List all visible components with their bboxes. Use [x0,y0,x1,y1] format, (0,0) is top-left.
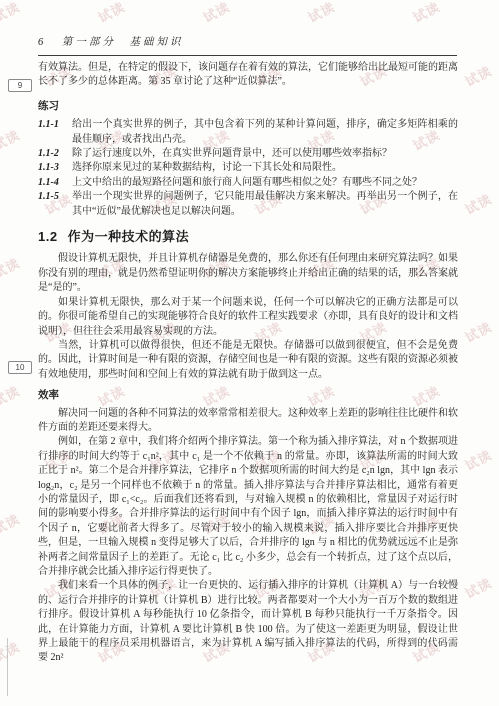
exercise-text: 给出一个真实世界的例子，其中包含着下列的某种计算问题，排序，确定多矩阵相乘的最佳… [72,118,458,147]
watermark-text: 试读 [0,0,23,26]
watermark-text: 试读 [0,637,23,667]
efficiency-heading: 效率 [38,388,458,402]
exercise-item: 1.1-5 举出一个现实世界的问题例子，它只能用最佳解决方案来解决。再举出另一个… [38,190,458,219]
section-title: 作为一种技术的算法 [68,229,190,244]
watermark-text: 试读 [0,253,23,283]
exercise-id: 1.1-2 [38,147,72,161]
watermark-text: 试读 [304,0,338,26]
exercise-text: 举出一个现实世界的问题例子，它只能用最佳解决方案来解决。再举出另一个例子，在其中… [72,190,458,219]
exercise-text: 选择你原来见过的某种数据结构，讨论一下其长处和局限性。 [72,161,458,175]
body-paragraph: 例如，在第 2 章中，我们将介绍两个排序算法。第一个称为插入排序算法，对 n 个… [38,435,458,579]
body-paragraph: 当然，计算机可以做得很快，但还不能是无限快。存储器可以做到很便宜，但不会是免费的… [38,339,458,382]
exercise-id: 1.1-3 [38,161,72,175]
exercise-item: 1.1-2 除了运行速度以外，在真实世界问题背景中，还可以使用哪些效率指标？ [38,147,458,161]
page-number: 6 [38,37,43,48]
section-number: 1.2 [38,229,58,244]
watermark-text: 试读 [461,317,495,347]
exercises-heading: 练习 [38,99,458,113]
book-page: 试读试读试读试读试读试读试读试读试读试读试读试读试读试读试读试读试读试读试读试读… [0,0,499,706]
intro-paragraph: 有效算法。但是，在特定的假设下，该问题存在着有效的算法，它们能够给出比最短可能的… [38,61,458,90]
exercise-id: 1.1-1 [38,118,72,147]
scan-edge-artifact [7,638,8,696]
watermark-text: 试读 [461,189,495,219]
running-head: 6 第一部分 基础知识 [38,34,457,56]
body-paragraph: 如果计算机无限快，那么对于某一个问题来说，任何一个可以解决它的正确方法都是可以的… [38,296,458,339]
part-title: 第一部分 基础知识 [62,37,184,48]
watermark-text: 试读 [461,61,495,91]
exercise-item: 1.1-1 给出一个真实世界的例子，其中包含着下列的某种计算问题，排序，确定多矩… [38,118,458,147]
body-paragraph: 解决同一问题的各种不同算法的效率常常相差很大。这种效率上差距的影响往往比硬件和软… [38,407,458,436]
body-paragraph: 我们来看一个具体的例子，让一台更快的、运行插入排序的计算机（计算机 A）与一台较… [38,579,458,665]
body-paragraph: 假设计算机无限快，并且计算机存储器是免费的，那么你还有任何理由来研究算法吗？如果… [38,252,458,295]
exercise-text: 上文中给出的最短路径问题和旅行商人问题有哪些相似之处？有哪些不同之处？ [72,176,458,190]
exercise-id: 1.1-4 [38,176,72,190]
margin-page-mark-9: 9 [8,79,32,92]
watermark-text: 试读 [0,509,23,539]
watermark-text: 试读 [0,381,23,411]
watermark-text: 试读 [461,573,495,603]
section-heading: 1.2作为一种技术的算法 [38,230,458,244]
exercise-item: 1.1-4 上文中给出的最短路径问题和旅行商人问题有哪些相似之处？有哪些不同之处… [38,176,458,190]
page-body: 有效算法。但是，在特定的假设下，该问题存在着有效的算法，它们能够给出比最短可能的… [38,61,458,666]
watermark-text: 试读 [461,445,495,475]
watermark-text: 试读 [94,0,128,26]
watermark-text: 试读 [0,125,23,155]
exercise-item: 1.1-3 选择你原来见过的某种数据结构，讨论一下其长处和局限性。 [38,161,458,175]
exercise-text: 除了运行速度以外，在真实世界问题背景中，还可以使用哪些效率指标？ [72,147,458,161]
watermark-text: 试读 [409,0,443,26]
watermark-text: 试读 [199,0,233,26]
exercise-id: 1.1-5 [38,190,72,219]
margin-page-mark-10: 10 [8,361,32,374]
